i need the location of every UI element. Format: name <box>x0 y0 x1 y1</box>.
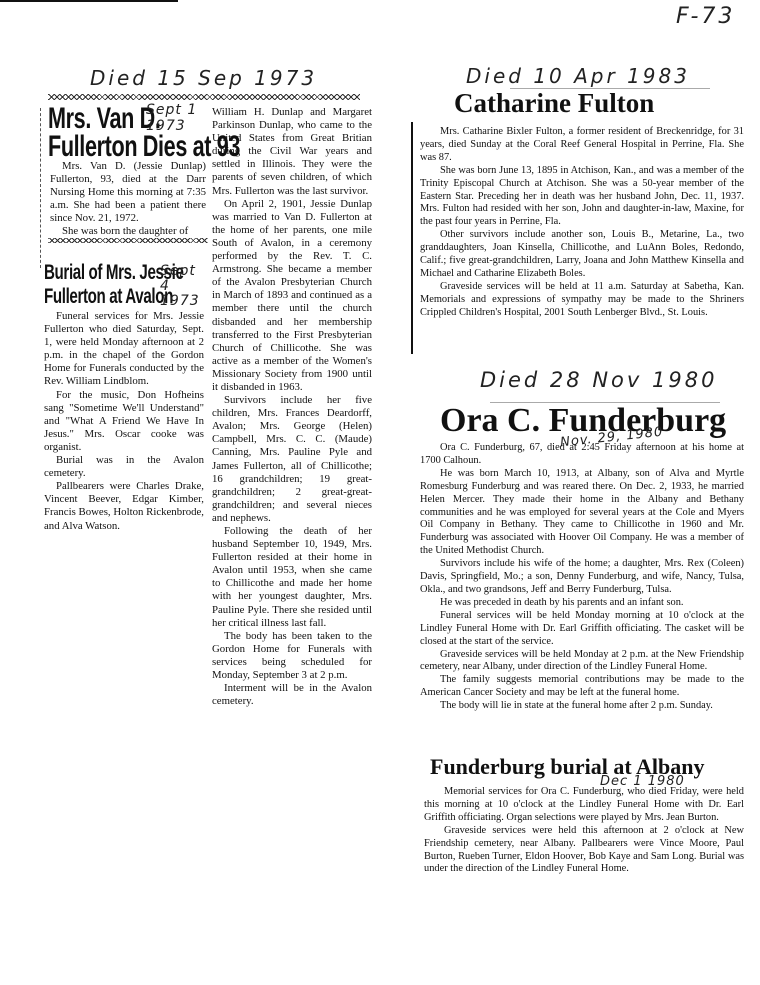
paragraph: On April 2, 1901, Jessie Dunlap was marr… <box>212 198 372 394</box>
article-body-funderburg-burial: Memorial services for Ora C. Funderburg,… <box>424 786 744 876</box>
paragraph: Other survivors include another son, Lou… <box>420 229 744 281</box>
paragraph: Ora C. Funderburg, 67, died at 2:45 Frid… <box>420 442 744 468</box>
clipping-edge <box>40 108 41 268</box>
paragraph: The body will lie in state at the funera… <box>420 700 744 713</box>
paragraph: The body has been taken to the Gordon Ho… <box>212 630 372 682</box>
paragraph: Survivors include his wife of the home; … <box>420 558 744 597</box>
paragraph: Mrs. Catharine Bixler Fulton, a former r… <box>420 126 744 165</box>
paragraph: He was preceded in death by his parents … <box>420 597 744 610</box>
paragraph: She was born the daughter of <box>50 225 206 238</box>
handwritten-date-fulton: Died 10 Apr 1983 <box>466 64 690 88</box>
wavy-rule <box>48 238 208 243</box>
paragraph: Mrs. Van D. (Jessie Dunlap) Fullerton, 9… <box>50 160 206 225</box>
paragraph: Survivors include her five children, Mrs… <box>212 394 372 525</box>
handwritten-date-fullerton: Died 15 Sep 1973 <box>90 66 317 90</box>
paragraph: Funeral services for Mrs. Jessie Fullert… <box>44 310 204 389</box>
scan-edge-bar <box>0 0 178 2</box>
article-body-ora-funderburg: Ora C. Funderburg, 67, died at 2:45 Frid… <box>420 442 744 713</box>
margin-note-burial: Sept 4 1973 <box>160 264 200 309</box>
paragraph: Pallbearers were Charles Drake, Vincent … <box>44 480 204 532</box>
paragraph: Graveside services will be held at 11 a.… <box>420 281 744 320</box>
paragraph: She was born June 13, 1895 in Atchison, … <box>420 165 744 230</box>
paragraph: Memorial services for Ora C. Funderburg,… <box>424 786 744 825</box>
wavy-rule <box>48 94 360 100</box>
headline-catharine-fulton: Catharine Fulton <box>454 88 654 118</box>
article-body-fullerton-col1: Mrs. Van D. (Jessie Dunlap) Fullerton, 9… <box>50 160 206 239</box>
paragraph: The family suggests memorial contributio… <box>420 674 744 700</box>
article-body-catharine-fulton: Mrs. Catharine Bixler Fulton, a former r… <box>420 126 744 320</box>
paragraph: Interment will be in the Avalon cemetery… <box>212 682 372 708</box>
article-body-burial-jessie: Funeral services for Mrs. Jessie Fullert… <box>44 310 204 533</box>
paragraph: Funeral services will be held Monday mor… <box>420 610 744 649</box>
paragraph: Burial was in the Avalon cemetery. <box>44 454 204 480</box>
clipping-edge <box>411 122 413 354</box>
paragraph: Graveside services were held this aftern… <box>424 825 744 877</box>
paragraph: William H. Dunlap and Margaret Parkinson… <box>212 106 372 198</box>
handwritten-date-funderburg: Died 28 Nov 1980 <box>480 368 717 392</box>
paragraph: He was born March 10, 1913, at Albany, s… <box>420 468 744 558</box>
article-body-fullerton-col2: William H. Dunlap and Margaret Parkinson… <box>212 106 372 708</box>
page-reference: F-73 <box>676 4 735 29</box>
paragraph: For the music, Don Hofheins sang "Someti… <box>44 389 204 454</box>
paragraph: Graveside services will be held Monday a… <box>420 649 744 675</box>
paragraph: Following the death of her husband Septe… <box>212 525 372 630</box>
headline-fullerton-avalon: Fullerton at Avalon <box>44 286 173 308</box>
